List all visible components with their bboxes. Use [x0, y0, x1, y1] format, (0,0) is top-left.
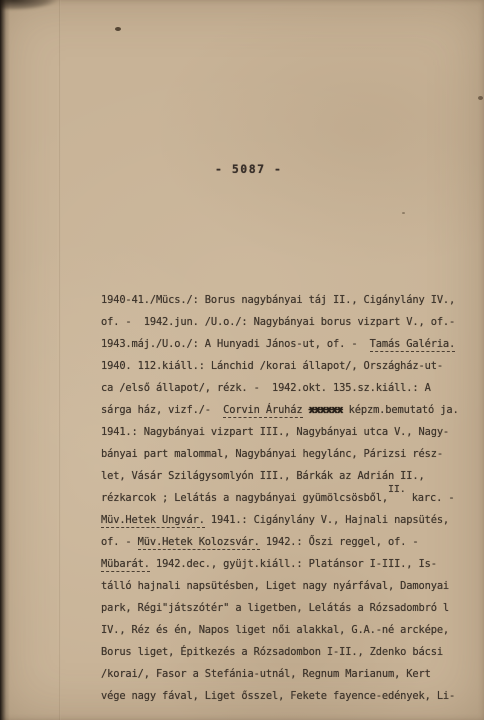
text-segment: sárga ház, vizf./- — [101, 404, 223, 416]
text-segment: tálló hajnali napsütésben, Liget nagy ny… — [101, 580, 449, 592]
text-line: 1940. 112.kiáll.: Lánchid /korai állapot… — [101, 356, 479, 378]
text-segment: of. - 1942.jun. /U.o./: Nagybányai borus… — [101, 316, 455, 328]
text-line: Mübarát. 1942.dec., gyüjt.kiáll.: Platán… — [101, 554, 479, 576]
text-line: /korai/, Fasor a Stefánia-utnál, Regnum … — [101, 664, 479, 686]
text-segment: /korai/, Fasor a Stefánia-utnál, Regnum … — [101, 668, 431, 680]
text-segment: 1942.: Őszi reggel, of. - — [260, 536, 419, 548]
text-line: tálló hajnali napsütésben, Liget nagy ny… — [101, 576, 479, 598]
text-line: 1943.máj./U.o./: A Hunyadi János-ut, of.… — [101, 334, 479, 356]
text-segment: ca /első állapot/, rézk. - 1942.okt. 135… — [101, 382, 431, 394]
text-line: IV., Réz és én, Napos liget női alakkal,… — [101, 620, 479, 642]
text-segment: of. - — [101, 536, 138, 548]
underlined-phrase: Corvin Áruház — [223, 404, 302, 418]
text-segment: képzm.bemutató ja. — [343, 404, 459, 416]
ink-speck — [478, 96, 483, 100]
text-line: rézkarcok ; Lelátás a nagybányai gyümölc… — [101, 488, 479, 510]
text-line: let, Vásár Szilágysomlyón III., Bárkák a… — [101, 466, 479, 488]
text-line: of. - 1942.jun. /U.o./: Nagybányai borus… — [101, 312, 479, 334]
text-segment: rézkarcok ; Lelátás a nagybányai gyümölc… — [101, 492, 388, 504]
text-segment: park, Régi"játszótér" a ligetben, Lelátá… — [101, 602, 449, 614]
text-line: 1941.: Nagybányai vizpart III., Nagybány… — [101, 422, 479, 444]
ink-speck — [115, 27, 121, 31]
text-line: Borus liget, Épitkezés a Rózsadombon I-I… — [101, 642, 479, 664]
interlinear-insertion: II. — [388, 484, 406, 495]
text-segment: 1941.: Nagybányai vizpart III., Nagybány… — [101, 426, 449, 438]
text-segment: 1941.: Cigánylány V., Hajnali napsütés, — [205, 514, 449, 526]
corner-smudge — [0, 0, 72, 14]
text-segment: 1942.dec., gyüjt.kiáll.: Platánsor I-III… — [150, 558, 437, 570]
text-segment: vége nagy fával, Liget ősszel, Fekete fa… — [101, 690, 455, 702]
underlined-phrase: Müv.Hetek Ungvár. — [101, 514, 205, 528]
text-segment: 1940-41./Mücs./: Borus nagybányai táj II… — [101, 294, 455, 306]
text-line: sárga ház, vizf./- Corvin Áruház xxxxxx … — [101, 400, 479, 422]
text-segment: 1943.máj./U.o./: A Hunyadi János-ut, of.… — [101, 338, 370, 350]
text-segment: Borus liget, Épitkezés a Rózsadombon I-I… — [101, 646, 443, 658]
text-line: 1940-41./Mücs./: Borus nagybányai táj II… — [101, 290, 479, 312]
scan-edge-shadow — [0, 0, 10, 720]
text-line: vége nagy fával, Liget ősszel, Fekete fa… — [101, 686, 479, 708]
text-segment: 1940. 112.kiáll.: Lánchid /korai állapot… — [101, 360, 443, 372]
text-line: bányai part malommal, Nagybányai hegylán… — [101, 444, 479, 466]
underlined-phrase: Müv.Hetek Kolozsvár. — [138, 536, 260, 550]
text-line: Müv.Hetek Ungvár. 1941.: Cigánylány V., … — [101, 510, 479, 532]
scanned-page: - 5087 - 1940-41./Mücs./: Borus nagybány… — [0, 0, 484, 720]
text-line: ca /első állapot/, rézk. - 1942.okt. 135… — [101, 378, 479, 400]
underlined-phrase: Tamás Galéria. — [370, 338, 455, 352]
text-line: of. - Müv.Hetek Kolozsvár. 1942.: Őszi r… — [101, 532, 479, 554]
page-number: - 5087 - — [215, 162, 282, 176]
text-block: 1940-41./Mücs./: Borus nagybányai táj II… — [101, 290, 479, 708]
text-line: park, Régi"játszótér" a ligetben, Lelátá… — [101, 598, 479, 620]
underlined-phrase: Mübarát. — [101, 558, 150, 572]
text-segment: bányai part malommal, Nagybányai hegylán… — [101, 448, 443, 460]
struck-out-word: xxxxxx — [309, 404, 343, 416]
paper-crease — [59, 0, 61, 720]
ink-speck — [402, 212, 405, 214]
text-segment: IV., Réz és én, Napos liget női alakkal,… — [101, 624, 449, 636]
text-segment: let, Vásár Szilágysomlyón III., Bárkák a… — [101, 470, 425, 482]
text-segment: karc. - — [406, 492, 455, 504]
